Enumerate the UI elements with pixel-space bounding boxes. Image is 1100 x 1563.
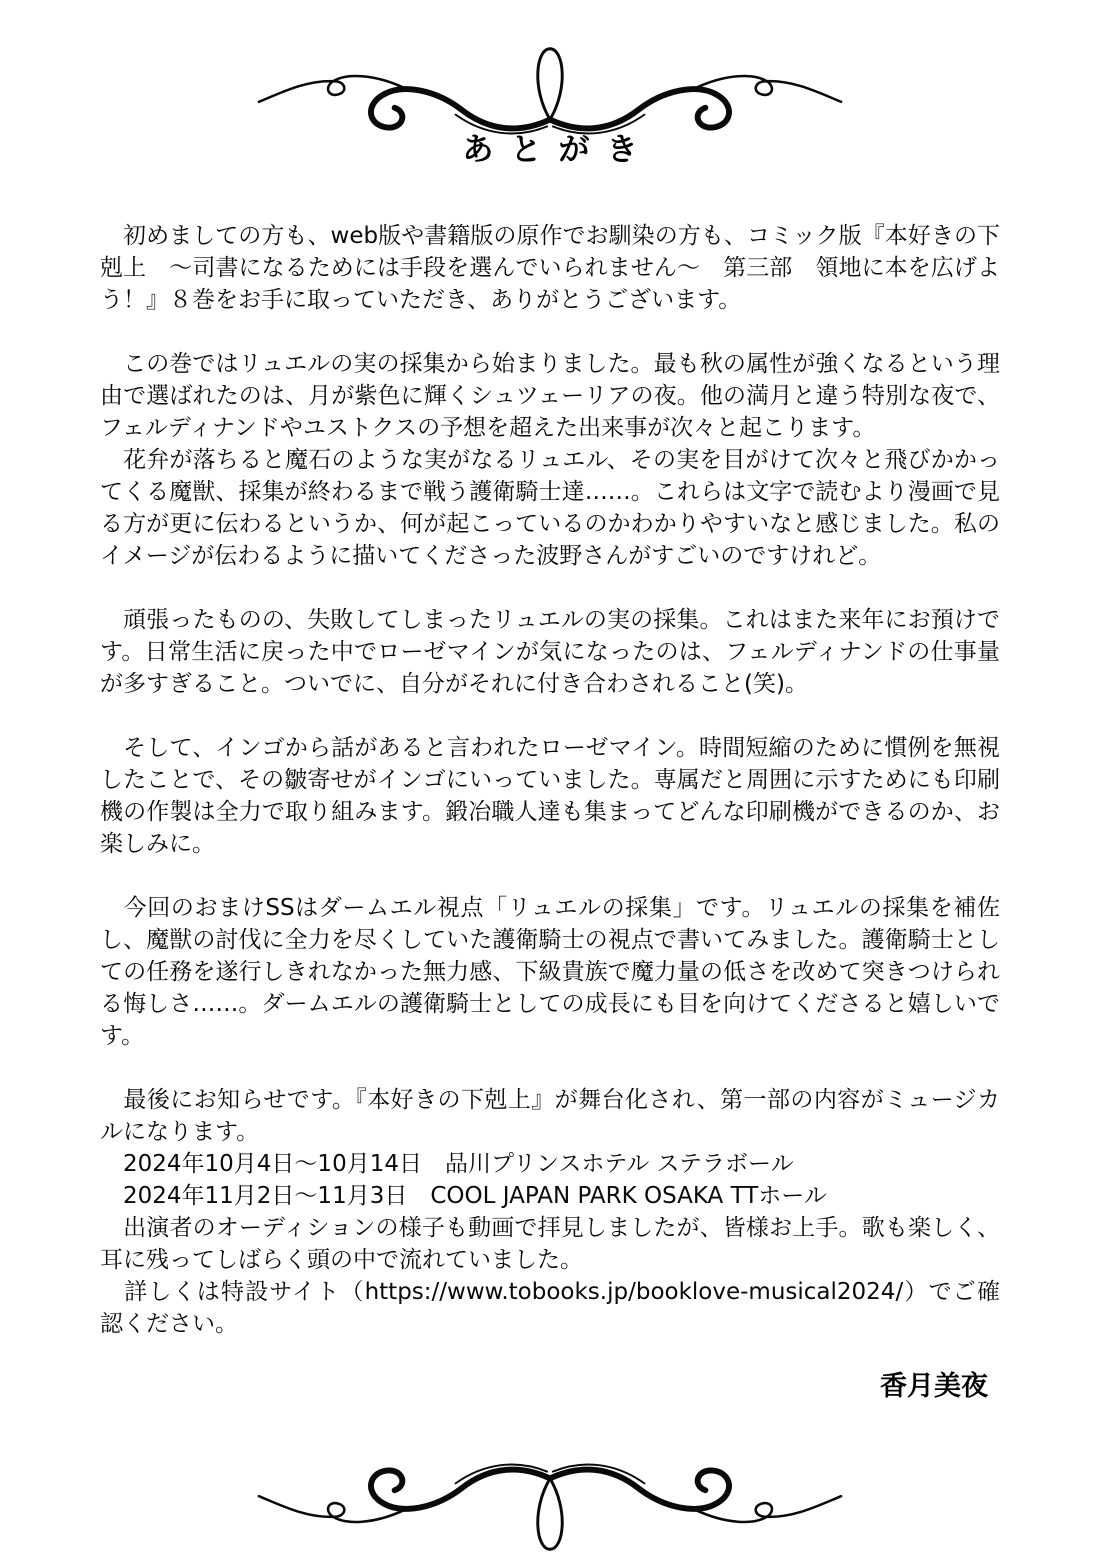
paragraph: 出演者のオーディションの様子も動画で拝見しましたが、皆様お上手。歌も楽しく、耳に… <box>100 1212 1000 1276</box>
text-block: 最後にお知らせです。『本好きの下剋上』が舞台化され、第一部の内容がミュージカルに… <box>100 1084 1000 1340</box>
page-title: あとがき <box>0 124 1100 169</box>
paragraph: 初めましての方も、web版や書籍版の原作でお馴染の方も、コミック版『本好きの下剋… <box>100 220 1000 316</box>
paragraph: 2024年11月2日～11月3日 COOL JAPAN PARK OSAKA T… <box>100 1180 1000 1212</box>
paragraph: 最後にお知らせです。『本好きの下剋上』が舞台化され、第一部の内容がミュージカルに… <box>100 1084 1000 1148</box>
paragraph: この巻ではリュエルの実の採集から始まりました。最も秋の属性が強くなるという理由で… <box>100 348 1000 444</box>
paragraph: 今回のおまけSSはダームエル視点「リュエルの採集」です。リュエルの採集を補佐し、… <box>100 892 1000 1052</box>
flourish-bottom-icon <box>255 1450 845 1562</box>
author-signature: 香月美夜 <box>0 1364 1100 1403</box>
text-block: 頑張ったものの、失敗してしまったリュエルの実の採集。これはまた来年にお預けです。… <box>100 604 1000 700</box>
paragraph: 花弁が落ちると魔石のような実がなるリュエル、その実を目がけて次々と飛びかかってく… <box>100 444 1000 572</box>
afterword-page: あとがき 初めましての方も、web版や書籍版の原作でお馴染の方も、コミック版『本… <box>0 0 1100 1563</box>
paragraph: そして、インゴから話があると言われたローゼマイン。時間短縮のために慣例を無視した… <box>100 732 1000 860</box>
text-block: 今回のおまけSSはダームエル視点「リュエルの採集」です。リュエルの採集を補佐し、… <box>100 892 1000 1052</box>
body-text: 初めましての方も、web版や書籍版の原作でお馴染の方も、コミック版『本好きの下剋… <box>0 220 1100 1372</box>
paragraph: 頑張ったものの、失敗してしまったリュエルの実の採集。これはまた来年にお預けです。… <box>100 604 1000 700</box>
text-block: 初めましての方も、web版や書籍版の原作でお馴染の方も、コミック版『本好きの下剋… <box>100 220 1000 316</box>
text-block: そして、インゴから話があると言われたローゼマイン。時間短縮のために慣例を無視した… <box>100 732 1000 860</box>
paragraph: 2024年10月4日～10月14日 品川プリンスホテル ステラボール <box>100 1148 1000 1180</box>
text-block: この巻ではリュエルの実の採集から始まりました。最も秋の属性が強くなるという理由で… <box>100 348 1000 572</box>
paragraph: 詳しくは特設サイト（https://www.tobooks.jp/booklov… <box>100 1276 1000 1340</box>
